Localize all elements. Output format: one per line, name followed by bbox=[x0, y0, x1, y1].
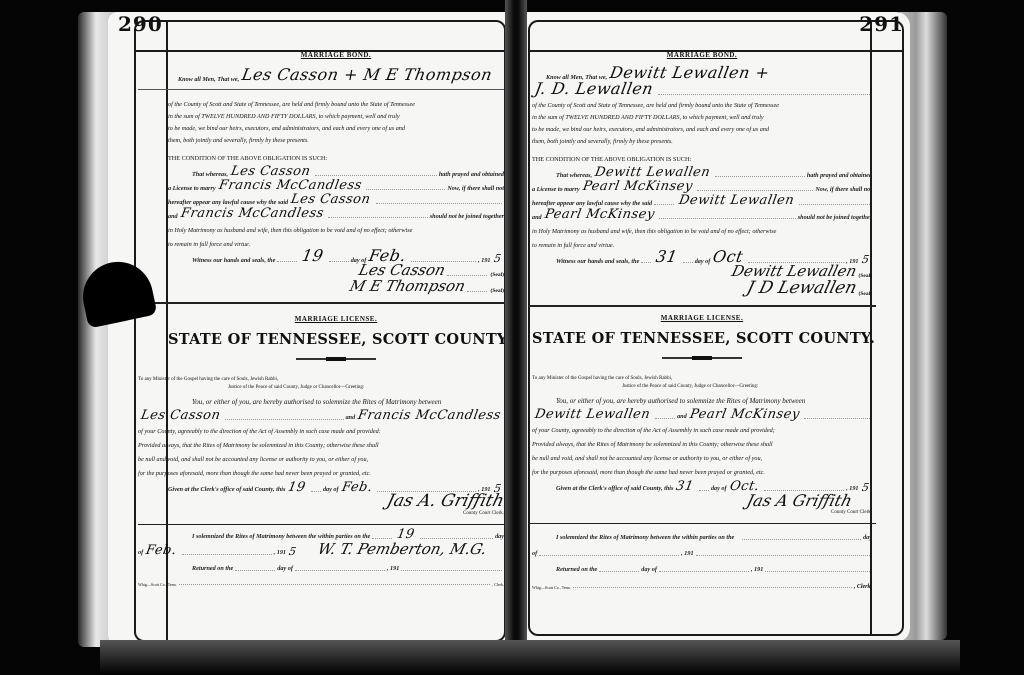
bond-body: of the County of Scott and State of Tenn… bbox=[168, 96, 504, 144]
bond-body-line: of the County of Scott and State of Tenn… bbox=[532, 97, 872, 109]
bride-name: Francis McCandless bbox=[214, 179, 365, 192]
county-line: of your County, agreeably to the directi… bbox=[532, 421, 872, 435]
signature: M E Thompson bbox=[348, 279, 467, 294]
justice-line: Justice of the Peace of said County, Jud… bbox=[168, 382, 504, 390]
signature: J D Lewallen bbox=[745, 280, 858, 297]
signature-line: Dewitt Lewallen (Seal) bbox=[532, 265, 872, 279]
officiant-signature: W. T. Pemberton, M.G. bbox=[316, 542, 488, 557]
signature-line: J D Lewallen (Seal) bbox=[532, 279, 872, 297]
null-line: be null and void, and shall not be accou… bbox=[138, 450, 504, 464]
null-line: be null and void, and shall not be accou… bbox=[532, 449, 872, 463]
signature-line: Les Casson (Seal) bbox=[168, 264, 504, 278]
seal-label: (Seal) bbox=[859, 274, 872, 280]
and-line: and Francis McCandless should not be joi… bbox=[168, 206, 504, 220]
solemnized-month-line: of Feb. , 1915 W. T. Pemberton, M.G. bbox=[138, 541, 504, 557]
given-day: 19 bbox=[284, 481, 310, 494]
page-291: 291 MARRIAGE BOND. Know all Men, That we… bbox=[524, 12, 910, 642]
signature: Dewitt Lewallen bbox=[731, 264, 859, 279]
solemnized-line: I solemnized the Rites of Matrimony betw… bbox=[168, 525, 504, 541]
bond-title: MARRIAGE BOND. bbox=[168, 52, 504, 59]
bond-body-line: in the sum of TWELVE HUNDRED AND FIFTY D… bbox=[168, 108, 504, 120]
holy-matrimony-line: in Holy Matrimony as husband and wife, t… bbox=[168, 220, 504, 234]
solemnized-month-line: of , 191 bbox=[532, 542, 872, 558]
hereafter-line: hereafter appear any lawful cause why th… bbox=[532, 193, 872, 207]
groom-name-repeat: Dewitt Lewallen bbox=[675, 194, 798, 207]
holy-matrimony-line: in Holy Matrimony as husband and wife, t… bbox=[532, 221, 872, 235]
bond-body: of the County of Scott and State of Tenn… bbox=[532, 97, 872, 145]
witness-year-digit: 5 bbox=[490, 253, 505, 264]
minister-line: To any Minister of the Gospel having the… bbox=[138, 374, 504, 382]
authorised-line: You, or either of you, are hereby author… bbox=[168, 390, 504, 406]
purposes-line: for the purposes aforesaid, more than th… bbox=[138, 464, 504, 478]
and-line: and Pearl McKinsey should not be joined … bbox=[532, 207, 872, 221]
party2-name: Francis McCandless bbox=[354, 409, 505, 422]
given-year-digit: 5 bbox=[858, 482, 873, 493]
applicant-name: Les Casson bbox=[227, 165, 315, 178]
ornament-rule bbox=[296, 358, 376, 360]
seal-label: (Seal) bbox=[859, 292, 872, 298]
county-line: of your County, agreeably to the directi… bbox=[138, 422, 504, 436]
remain-line: to remain in full force and virtue. bbox=[168, 234, 504, 248]
know-all-men-line: Know all Men, That we, Dewitt Lewallen + bbox=[532, 61, 872, 81]
condition-heading: THE CONDITION OF THE ABOVE OBLIGATION IS… bbox=[532, 149, 872, 163]
clerk-signature-line: Jas A Griffith bbox=[532, 493, 872, 509]
given-month: Feb. bbox=[337, 481, 376, 494]
seal-label: (Seal) bbox=[491, 289, 504, 295]
book-bottom-edge bbox=[100, 640, 960, 675]
witness-day: 19 bbox=[298, 248, 328, 264]
applicant-name: Dewitt Lewallen bbox=[591, 166, 714, 179]
remain-line: to remain in full force and virtue. bbox=[532, 235, 872, 249]
bond-title: MARRIAGE BOND. bbox=[532, 52, 872, 59]
given-day: 31 bbox=[672, 480, 698, 493]
license-to-marry-line: a License to marry Francis McCandless No… bbox=[168, 178, 504, 192]
provided-line: Provided always, that the Rites of Matri… bbox=[532, 435, 872, 449]
that-whereas-line: That whereas, Les Casson hath prayed and… bbox=[168, 162, 504, 178]
that-whereas-line: That whereas, Dewitt Lewallen hath praye… bbox=[532, 163, 872, 179]
printer-imprint-line: Whig—Scott Co., Tenn. , Clerk. bbox=[532, 578, 872, 590]
know-all-men-line: Know all Men, That we, Les Casson + M E … bbox=[168, 61, 504, 83]
justice-line: Justice of the Peace of said County, Jud… bbox=[532, 381, 872, 389]
groom-name-repeat: Les Casson bbox=[287, 193, 375, 206]
bond-body-line: of the County of Scott and State of Tenn… bbox=[168, 96, 504, 108]
condition-heading: THE CONDITION OF THE ABOVE OBLIGATION IS… bbox=[168, 148, 504, 162]
party2-name: Pearl McKinsey bbox=[686, 408, 804, 421]
solemnized-month: Feb. bbox=[142, 544, 181, 557]
page-number: 291 bbox=[859, 12, 904, 36]
clerk-signature: Jas A Griffith bbox=[745, 493, 854, 509]
clerk-signature-line: Jas A. Griffith bbox=[168, 494, 504, 510]
returned-line: Returned on the day of , 191 bbox=[532, 558, 872, 574]
witness-day: 31 bbox=[652, 249, 682, 265]
hereafter-line: hereafter appear any lawful cause why th… bbox=[168, 192, 504, 206]
clerk-signature: Jas A. Griffith bbox=[385, 493, 506, 510]
record-content: MARRIAGE BOND. Know all Men, That we, Le… bbox=[168, 52, 504, 587]
party1-name: Dewitt Lewallen bbox=[531, 408, 654, 421]
solemnized-line: I solemnized the Rites of Matrimony betw… bbox=[532, 524, 872, 542]
obligors-handwritten-2: J. D. Lewallen bbox=[531, 81, 658, 97]
returned-line: Returned on the day of , 191 bbox=[168, 557, 504, 573]
license-to-marry-line: a License to marry Pearl McKinsey Now, i… bbox=[532, 179, 872, 193]
witness-line: Witness our hands and seals, the 19 day … bbox=[168, 248, 504, 264]
page-number: 290 bbox=[118, 12, 163, 36]
bond-body-line: in the sum of TWELVE HUNDRED AND FIFTY D… bbox=[532, 109, 872, 121]
divider bbox=[138, 89, 504, 90]
solemnized-day: 19 bbox=[393, 528, 419, 541]
bride-name-repeat: Francis McCandless bbox=[176, 207, 327, 220]
bond-body-line: to be made, we bind our heirs, executors… bbox=[168, 120, 504, 132]
license-title: MARRIAGE LICENSE. bbox=[168, 316, 504, 323]
license-title: MARRIAGE LICENSE. bbox=[532, 315, 872, 322]
section-divider bbox=[528, 305, 876, 307]
clerk-label: , Clerk. bbox=[492, 583, 504, 587]
authorised-line: You, or either of you, are hereby author… bbox=[532, 389, 872, 405]
seal-label: (Seal) bbox=[491, 273, 504, 279]
bride-name-repeat: Pearl McKinsey bbox=[540, 208, 658, 221]
signature-line: M E Thompson (Seal) bbox=[168, 278, 504, 294]
section-divider bbox=[138, 302, 508, 304]
minister-line: To any Minister of the Gospel having the… bbox=[532, 373, 872, 381]
book-gutter bbox=[505, 0, 527, 675]
state-title: STATE OF TENNESSEE, SCOTT COUNTY. bbox=[168, 333, 504, 348]
signature: Les Casson bbox=[357, 263, 447, 278]
bond-body-line: them, both jointly and severally, firmly… bbox=[168, 132, 504, 144]
ledger-book-spread: 290 MARRIAGE BOND. Know all Men, That we… bbox=[0, 0, 1024, 675]
provided-line: Provided always, that the Rites of Matri… bbox=[138, 436, 504, 450]
state-title: STATE OF TENNESSEE, SCOTT COUNTY. bbox=[532, 332, 872, 347]
printer-imprint-line: Whig—Scott Co., Tenn. , Clerk. bbox=[138, 577, 504, 587]
party1-name: Les Casson bbox=[137, 409, 225, 422]
purposes-line: for the purposes aforesaid, more than th… bbox=[532, 463, 872, 477]
page-290: 290 MARRIAGE BOND. Know all Men, That we… bbox=[108, 12, 510, 648]
witness-year-digit: 5 bbox=[858, 254, 873, 265]
printer-imprint: Whig—Scott Co., Tenn. bbox=[138, 583, 177, 587]
obligors-handwritten: Les Casson + M E Thompson bbox=[238, 67, 497, 83]
bond-body-line: to be made, we bind our heirs, executors… bbox=[532, 121, 872, 133]
record-content: MARRIAGE BOND. Know all Men, That we, De… bbox=[532, 52, 872, 590]
parties-line: Dewitt Lewallen and Pearl McKinsey bbox=[532, 405, 872, 421]
ornament-rule bbox=[662, 357, 742, 359]
bride-name: Pearl McKinsey bbox=[578, 180, 696, 193]
obligors-line-2: J. D. Lewallen bbox=[532, 81, 872, 97]
clerk-label: , Clerk. bbox=[854, 584, 872, 590]
bond-body-line: them, both jointly and severally, firmly… bbox=[532, 133, 872, 145]
printer-imprint: Whig—Scott Co., Tenn. bbox=[532, 586, 571, 590]
parties-line: Les Casson and Francis McCandless bbox=[138, 406, 504, 422]
solemnized-year-digit: 5 bbox=[285, 546, 300, 557]
